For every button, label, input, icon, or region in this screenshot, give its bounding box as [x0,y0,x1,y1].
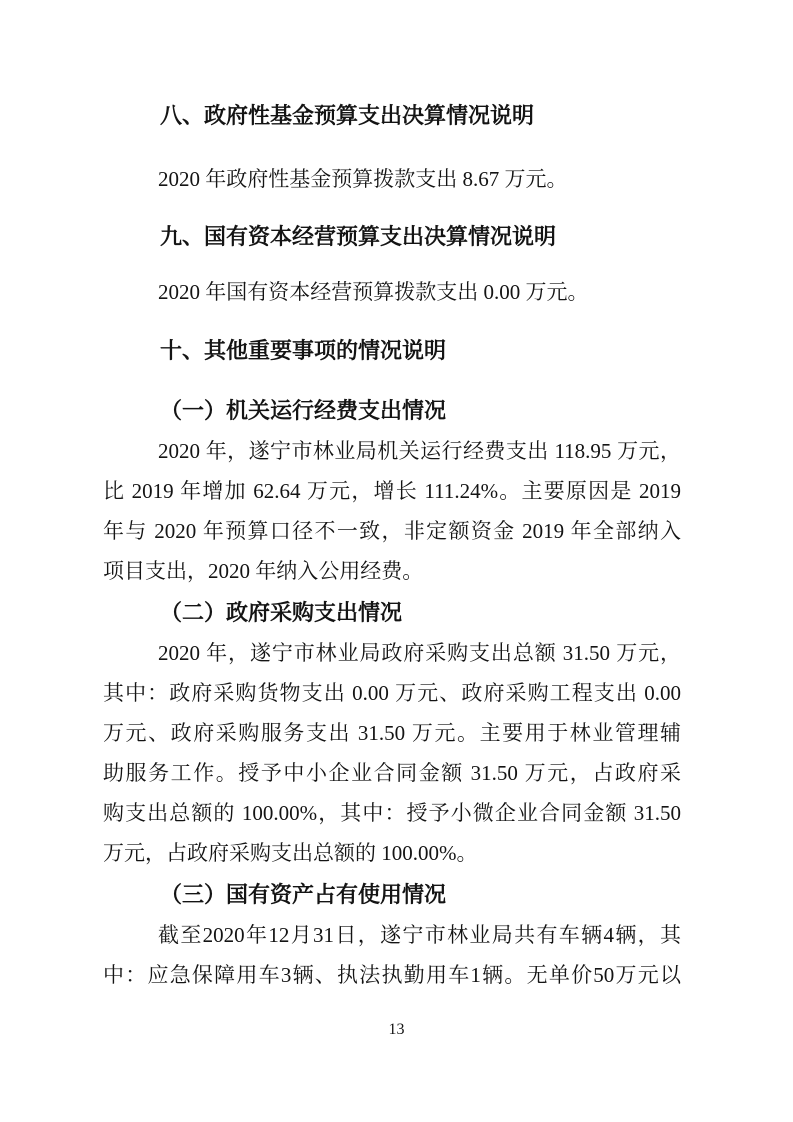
text-line: 比 2019 年增加 62.64 万元，增长 111.24%。主要原因是 201… [103,471,681,511]
heading-subsection-2-government-procurement: （二）政府采购支出情况 [103,593,681,633]
page-content: 八、政府性基金预算支出决算情况说明 2020 年政府性基金预算拨款支出 8.67… [103,0,681,997]
text-line: 助服务工作。授予中小企业合同金额 31.50 万元，占政府采 [103,753,681,793]
text-line: 2020 年，遂宁市林业局政府采购支出总额 31.50 万元， [103,633,681,673]
heading-section-viii-gov-fund-budget: 八、政府性基金预算支出决算情况说明 [103,96,681,136]
text-line: 截至2020年12月31日，遂宁市林业局共有车辆4辆，其 [103,915,681,955]
text-line: 万元，占政府采购支出总额的 100.00%。 [103,833,681,873]
text-line: 年与 2020 年预算口径不一致，非定额资金 2019 年全部纳入 [103,511,681,551]
heading-section-ix-state-capital-budget: 九、国有资本经营预算支出决算情况说明 [103,217,681,257]
paragraph-gov-fund-expenditure: 2020 年政府性基金预算拨款支出 8.67 万元。 [103,159,681,199]
text-line: 购支出总额的 100.00%，其中：授予小微企业合同金额 31.50 [103,793,681,833]
page-number: 13 [0,1020,793,1040]
document-page: 八、政府性基金预算支出决算情况说明 2020 年政府性基金预算拨款支出 8.67… [0,0,793,1122]
paragraph-government-procurement: 2020 年，遂宁市林业局政府采购支出总额 31.50 万元，其中：政府采购货物… [103,633,681,873]
paragraph-state-assets-usage: 截至2020年12月31日，遂宁市林业局共有车辆4辆，其中：应急保障用车3辆、执… [103,915,681,995]
text-line: 项目支出，2020 年纳入公用经费。 [103,551,681,591]
text-line: 中：应急保障用车3辆、执法执勤用车1辆。无单价50万元以 [103,955,681,995]
text-line: 2020 年，遂宁市林业局机关运行经费支出 118.95 万元， [103,431,681,471]
paragraph-state-capital-expenditure: 2020 年国有资本经营预算拨款支出 0.00 万元。 [103,272,681,312]
paragraph-operating-expenses: 2020 年，遂宁市林业局机关运行经费支出 118.95 万元，比 2019 年… [103,431,681,591]
heading-subsection-3-state-assets-usage: （三）国有资产占有使用情况 [103,875,681,915]
text-line: 其中：政府采购货物支出 0.00 万元、政府采购工程支出 0.00 [103,673,681,713]
heading-subsection-1-operating-expenses: （一）机关运行经费支出情况 [103,391,681,431]
heading-section-x-other-important-matters: 十、其他重要事项的情况说明 [103,331,681,371]
text-line: 万元、政府采购服务支出 31.50 万元。主要用于林业管理辅 [103,713,681,753]
